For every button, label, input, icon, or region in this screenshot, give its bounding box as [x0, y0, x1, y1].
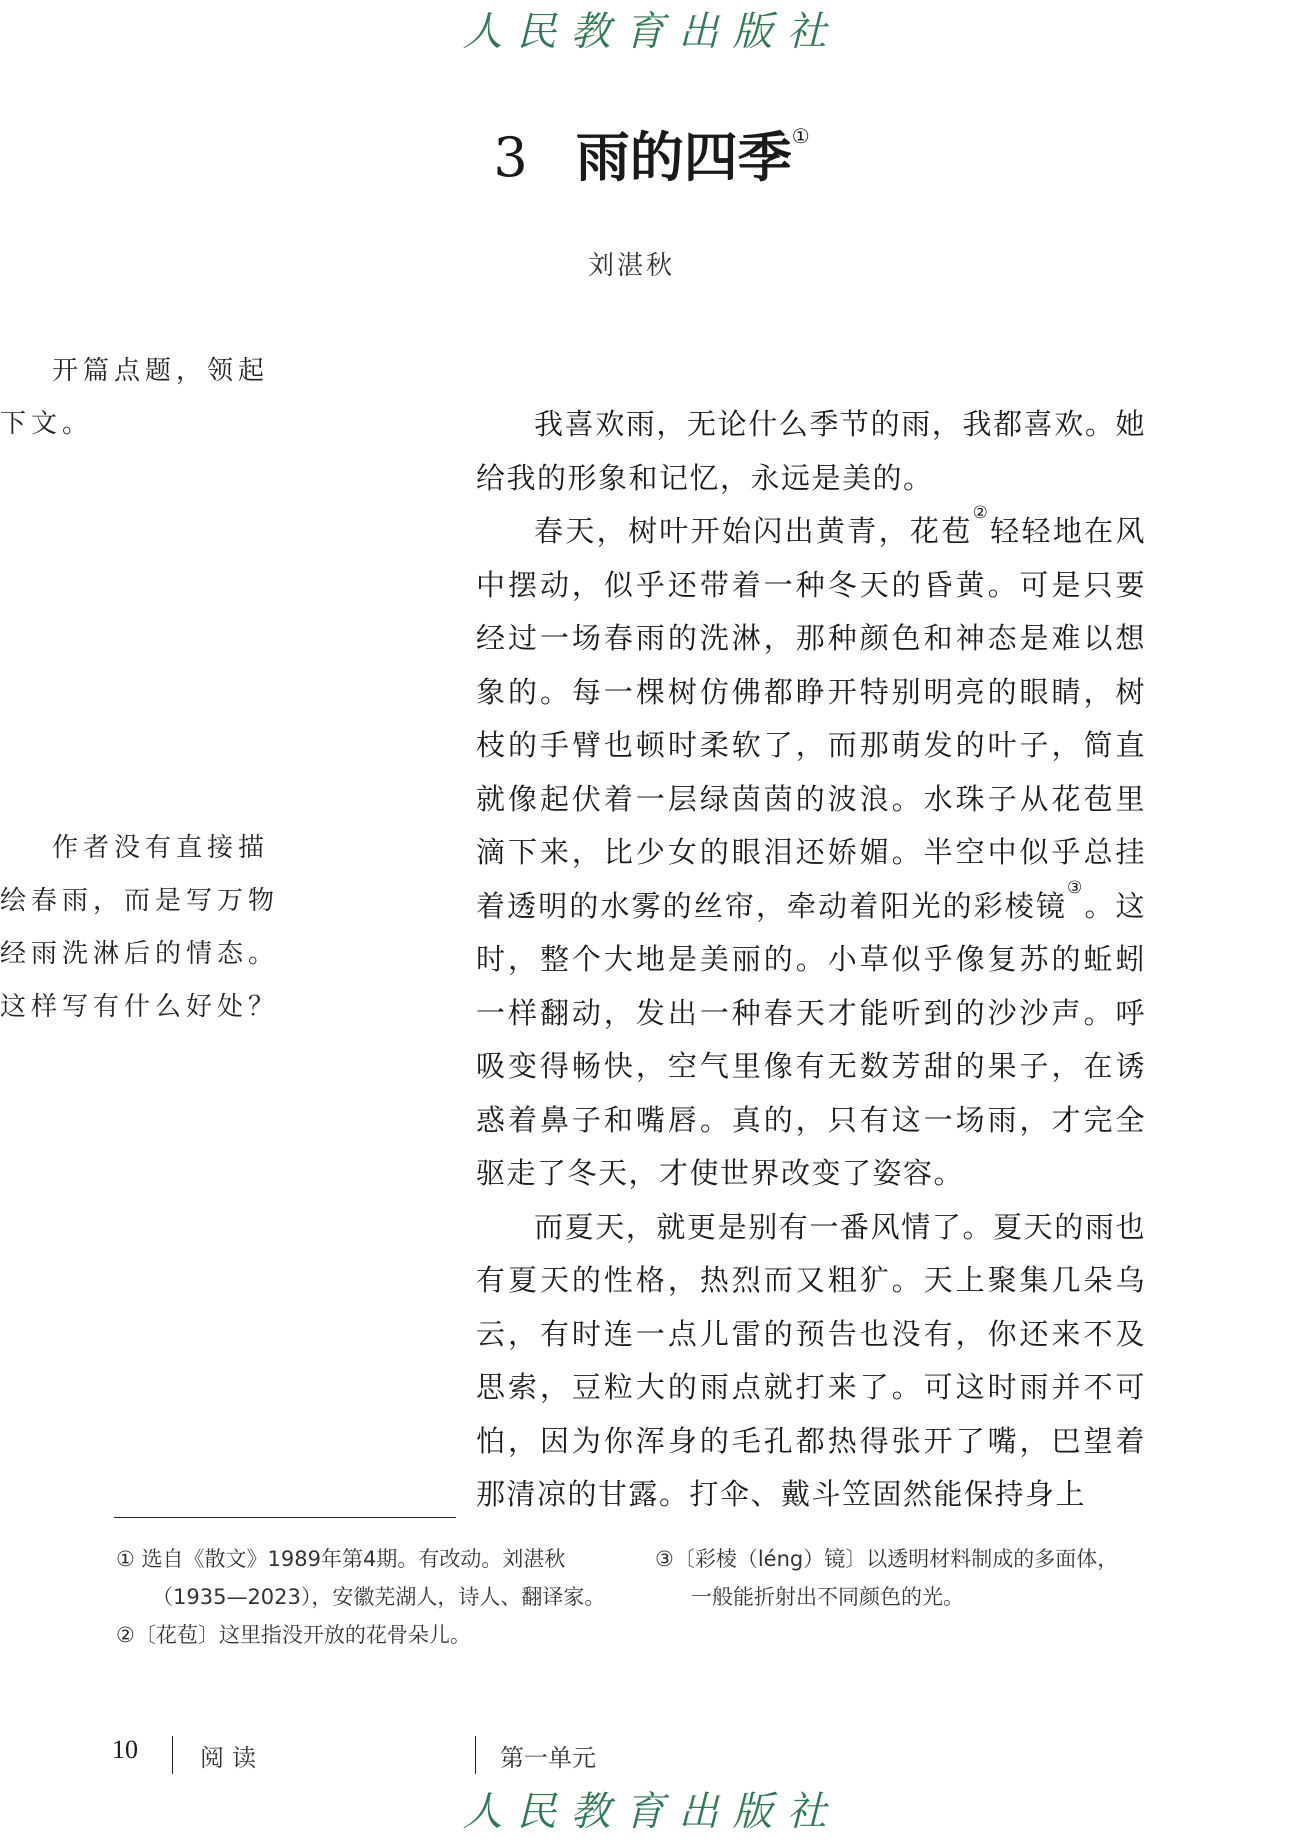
footnote-3: ③〔彩棱（léng）镜〕以透明材料制成的多面体， 一般能折射出不同颜色的光。	[655, 1540, 1118, 1616]
footnote-text: 〔彩棱（léng）镜〕以透明材料制成的多面体，	[674, 1547, 1118, 1571]
footnote-1: ① 选自《散文》1989年第4期。有改动。刘湛秋 （1935—2023），安徽芜…	[116, 1540, 605, 1616]
footnote-marker: ②	[116, 1623, 135, 1647]
lesson-title-text: 雨的四季	[576, 125, 792, 189]
title-footnote-marker[interactable]: ①	[792, 124, 810, 148]
article-body: 我喜欢雨，无论什么季节的雨，我都喜欢。她给我的形象和记忆，永远是美的。 春天，树…	[476, 398, 1146, 1522]
lesson-number: 3	[493, 126, 527, 189]
footnote-text: 选自《散文》1989年第4期。有改动。刘湛秋	[142, 1547, 566, 1571]
footer-unit: 第一单元	[500, 1738, 596, 1773]
page-number: 10	[112, 1735, 138, 1765]
footer-divider-2	[475, 1736, 476, 1774]
footnote-marker: ③	[655, 1547, 674, 1571]
margin-note-1: 开篇点题，领起下文。	[0, 345, 290, 451]
footnote-marker-2[interactable]: ②	[973, 503, 991, 523]
footnote-2: ②〔花苞〕这里指没开放的花骨朵儿。	[116, 1616, 471, 1654]
footnote-marker: ①	[116, 1547, 135, 1571]
footnote-divider	[114, 1517, 456, 1518]
paragraph-text: 春天，树叶开始闪出黄青，花苞	[534, 514, 973, 548]
footer-section: 阅读	[200, 1738, 264, 1773]
paragraph-text: 轻轻地在风中摆动，似乎还带着一种冬天的昏黄。可是只要经过一场春雨的洗淋，那种颜色…	[476, 514, 1146, 923]
paragraph-text: 。这时，整个大地是美丽的。小草似乎像复苏的蚯蚓一样翻动，发出一种春天才能听到的沙…	[476, 889, 1146, 1191]
footnote-marker-3[interactable]: ③	[1067, 878, 1084, 898]
margin-note-2: 作者没有直接描绘春雨，而是写万物经雨洗淋后的情态。这样写有什么好处？	[0, 822, 290, 1034]
footnote-text-continued: （1935—2023），安徽芜湖人，诗人、翻译家。	[116, 1578, 605, 1616]
footer-divider-1	[172, 1736, 173, 1774]
paragraph-3: 而夏天，就更是别有一番风情了。夏天的雨也有夏天的性格，热烈而又粗犷。天上聚集几朵…	[476, 1201, 1146, 1522]
paragraph-1: 我喜欢雨，无论什么季节的雨，我都喜欢。她给我的形象和记忆，永远是美的。	[476, 398, 1146, 505]
paragraph-2: 春天，树叶开始闪出黄青，花苞②轻轻地在风中摆动，似乎还带着一种冬天的昏黄。可是只…	[476, 505, 1146, 1201]
footnote-text-continued: 一般能折射出不同颜色的光。	[655, 1578, 1118, 1616]
author-name: 刘湛秋	[0, 245, 1263, 282]
paragraph-text: 我喜欢雨，无论什么季节的雨，我都喜欢。她给我的形象和记忆，永远是美的。	[476, 407, 1146, 495]
paragraph-text: 而夏天，就更是别有一番风情了。夏天的雨也有夏天的性格，热烈而又粗犷。天上聚集几朵…	[476, 1210, 1146, 1512]
publisher-logo-bottom: 人民教育出版社	[0, 1792, 1303, 1832]
lesson-title: 3雨的四季①	[0, 130, 1303, 185]
footnote-text: 〔花苞〕这里指没开放的花骨朵儿。	[135, 1623, 471, 1647]
publisher-logo-top: 人民教育出版社	[0, 12, 1303, 52]
